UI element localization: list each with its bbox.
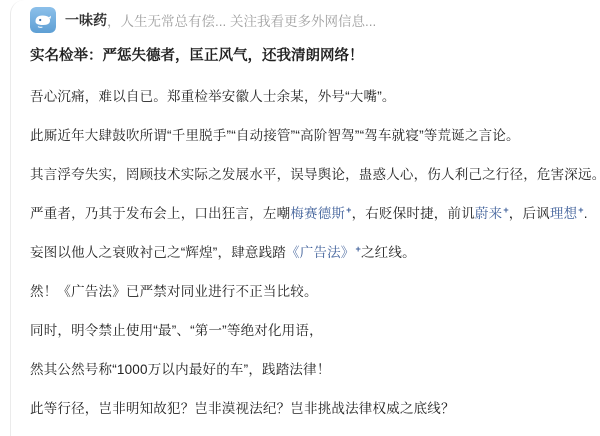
whale-avatar-icon[interactable] xyxy=(30,7,56,33)
author-name[interactable]: 一味药 xyxy=(65,10,107,30)
paragraph-6: 然！《广告法》已严禁对同业进行不正当比较。 xyxy=(30,283,594,300)
post-title: 实名检举：严惩失德者，匡正风气，还我清朗网络！ xyxy=(30,48,594,65)
paragraph-1: 吾心沉痛，难以自已。郑重检举安徽人士余某，外号“大嘴”。 xyxy=(30,88,594,105)
paragraph-7: 同时，明令禁止使用“最”、“第一”等绝对化用语， xyxy=(30,322,594,339)
paragraph-5: 妄图以他人之衰败衬己之“辉煌”，肆意践踏《广告法》+之红线。 xyxy=(30,244,594,261)
keyword-label: 《广告法》 xyxy=(286,245,355,260)
paragraph-text: 妄图以他人之衰败衬己之“辉煌”，肆意践踏 xyxy=(30,245,286,260)
paragraph-text: . xyxy=(584,206,588,221)
keyword-link-mercedes[interactable]: 梅赛德斯+ xyxy=(290,206,351,221)
keyword-link-lixiang[interactable]: 理想+ xyxy=(550,206,584,221)
paragraph-text: ，后讽 xyxy=(509,206,550,221)
paragraph-4: 严重者，乃其于发布会上，口出狂言，左嘲梅赛德斯+，右贬保时捷，前讥蔚来+，后讽理… xyxy=(30,205,594,222)
keyword-link-nio[interactable]: 蔚来+ xyxy=(475,206,509,221)
keyword-link-ad-law[interactable]: 《广告法》+ xyxy=(286,245,361,260)
paragraph-text: 严重者，乃其于发布会上，口出狂言，左嘲 xyxy=(30,206,290,221)
post-card: 一味药，人生无常总有偿... 关注我看更多外网信息... 实名检举：严惩失德者，… xyxy=(10,0,600,436)
keyword-label: 蔚来 xyxy=(475,206,502,221)
keyword-label: 梅赛德斯 xyxy=(290,206,345,221)
paragraph-9: 此等行径，岂非明知故犯？岂非漠视法纪？岂非挑战法律权威之底线？ xyxy=(30,400,594,417)
author-subtitle: ，人生无常总有偿... 关注我看更多外网信息... xyxy=(107,10,376,30)
keyword-label: 理想 xyxy=(550,206,577,221)
paragraph-2: 此厮近年大肆鼓吹所谓“千里脱手”“自动接管”“高阶智驾”“驾车就寝”等荒诞之言论… xyxy=(30,127,594,144)
paragraph-text: 之红线。 xyxy=(361,245,416,260)
paragraph-text: ，右贬保时捷，前讥 xyxy=(352,206,475,221)
post-header[interactable]: 一味药，人生无常总有偿... 关注我看更多外网信息... xyxy=(30,7,594,33)
paragraph-8: 然其公然号称“1000万以内最好的车”，践踏法律！ xyxy=(30,361,594,378)
paragraph-3: 其言浮夸失实，罔顾技术实际之发展水平，误导舆论，蛊惑人心，伤人利己之行径，危害深… xyxy=(30,166,594,183)
